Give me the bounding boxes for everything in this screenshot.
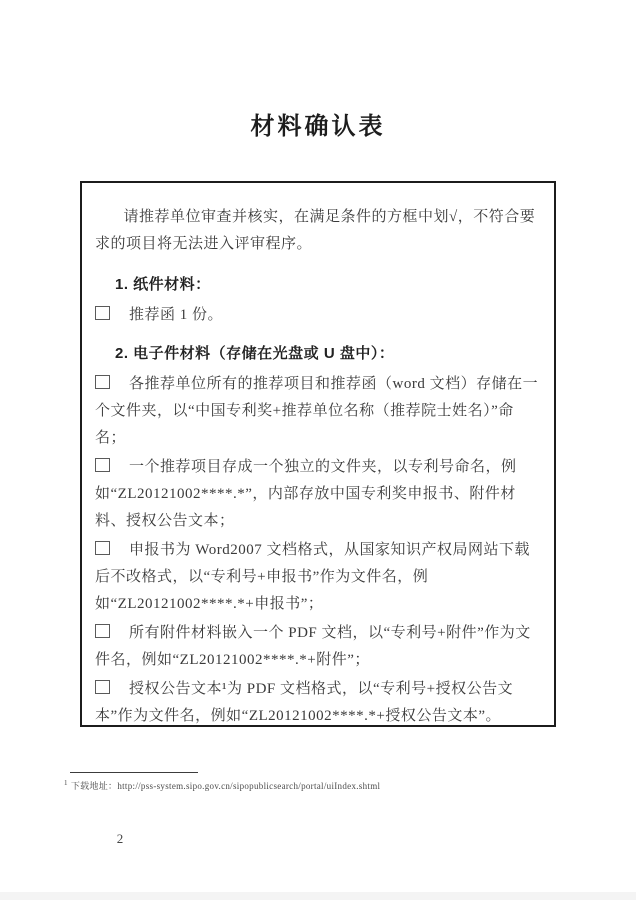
checklist-item-text: 各推荐单位所有的推荐项目和推荐函（word 文档）存储在一个文件夹，以“中国专利… [95,376,538,446]
checklist-item-text: 推荐函 1 份。 [129,307,223,323]
checklist-item: 推荐函 1 份。 [95,302,541,329]
checklist-item-text: 申报书为 Word2007 文档格式，从国家知识产权局网站下载后不改格式，以“专… [95,542,530,612]
footnote: 1下载地址：http://pss-system.sipo.gov.cn/sipo… [64,777,604,793]
checklist-item: 一个推荐项目存成一个独立的文件夹，以专利号命名，例如“ZL20121002***… [95,454,541,535]
checkbox-icon[interactable] [95,541,110,555]
checklist-item: 申报书为 Word2007 文档格式，从国家知识产权局网站下载后不改格式，以“专… [95,537,541,618]
material-confirmation-box: 请推荐单位审查并核实，在满足条件的方框中划√，不符合要求的项目将无法进入评审程序… [80,181,556,727]
section-heading-electronic-materials: 2. 电子件材料（存储在光盘或 U 盘中）： [95,340,541,367]
checklist-item: 各推荐单位所有的推荐项目和推荐函（word 文档）存储在一个文件夹，以“中国专利… [95,371,541,452]
checkbox-icon[interactable] [95,375,110,389]
page-title: 材料确认表 [0,106,636,141]
checkbox-icon[interactable] [95,680,110,694]
checklist-item: 所有附件材料嵌入一个 PDF 文档，以“专利号+附件”作为文件名，例如“ZL20… [95,620,541,674]
checkbox-icon[interactable] [95,306,110,320]
page-number: 2 [100,831,140,847]
checklist-item: 授权公告文本¹为 PDF 文档格式，以“专利号+授权公告文本”作为文件名，例如“… [95,676,541,730]
intro-paragraph: 请推荐单位审查并核实，在满足条件的方框中划√，不符合要求的项目将无法进入评审程序… [95,204,541,258]
checkbox-icon[interactable] [95,624,110,638]
scanned-document-page: { "page": { "title": "材料确认表", "page_numb… [0,0,636,900]
footnote-divider [70,772,198,773]
checkbox-icon[interactable] [95,458,110,472]
footnote-text: 下载地址：http://pss-system.sipo.gov.cn/sipop… [71,781,381,791]
section-heading-paper-materials: 1. 纸件材料： [95,271,541,298]
footnote-marker: 1 [64,779,68,787]
checklist-item-text: 一个推荐项目存成一个独立的文件夹，以专利号命名，例如“ZL20121002***… [95,459,517,529]
checklist-item-text: 授权公告文本¹为 PDF 文档格式，以“专利号+授权公告文本”作为文件名，例如“… [95,681,513,724]
checklist-item-text: 所有附件材料嵌入一个 PDF 文档，以“专利号+附件”作为文件名，例如“ZL20… [95,625,531,668]
scan-edge-shadow [0,892,636,900]
